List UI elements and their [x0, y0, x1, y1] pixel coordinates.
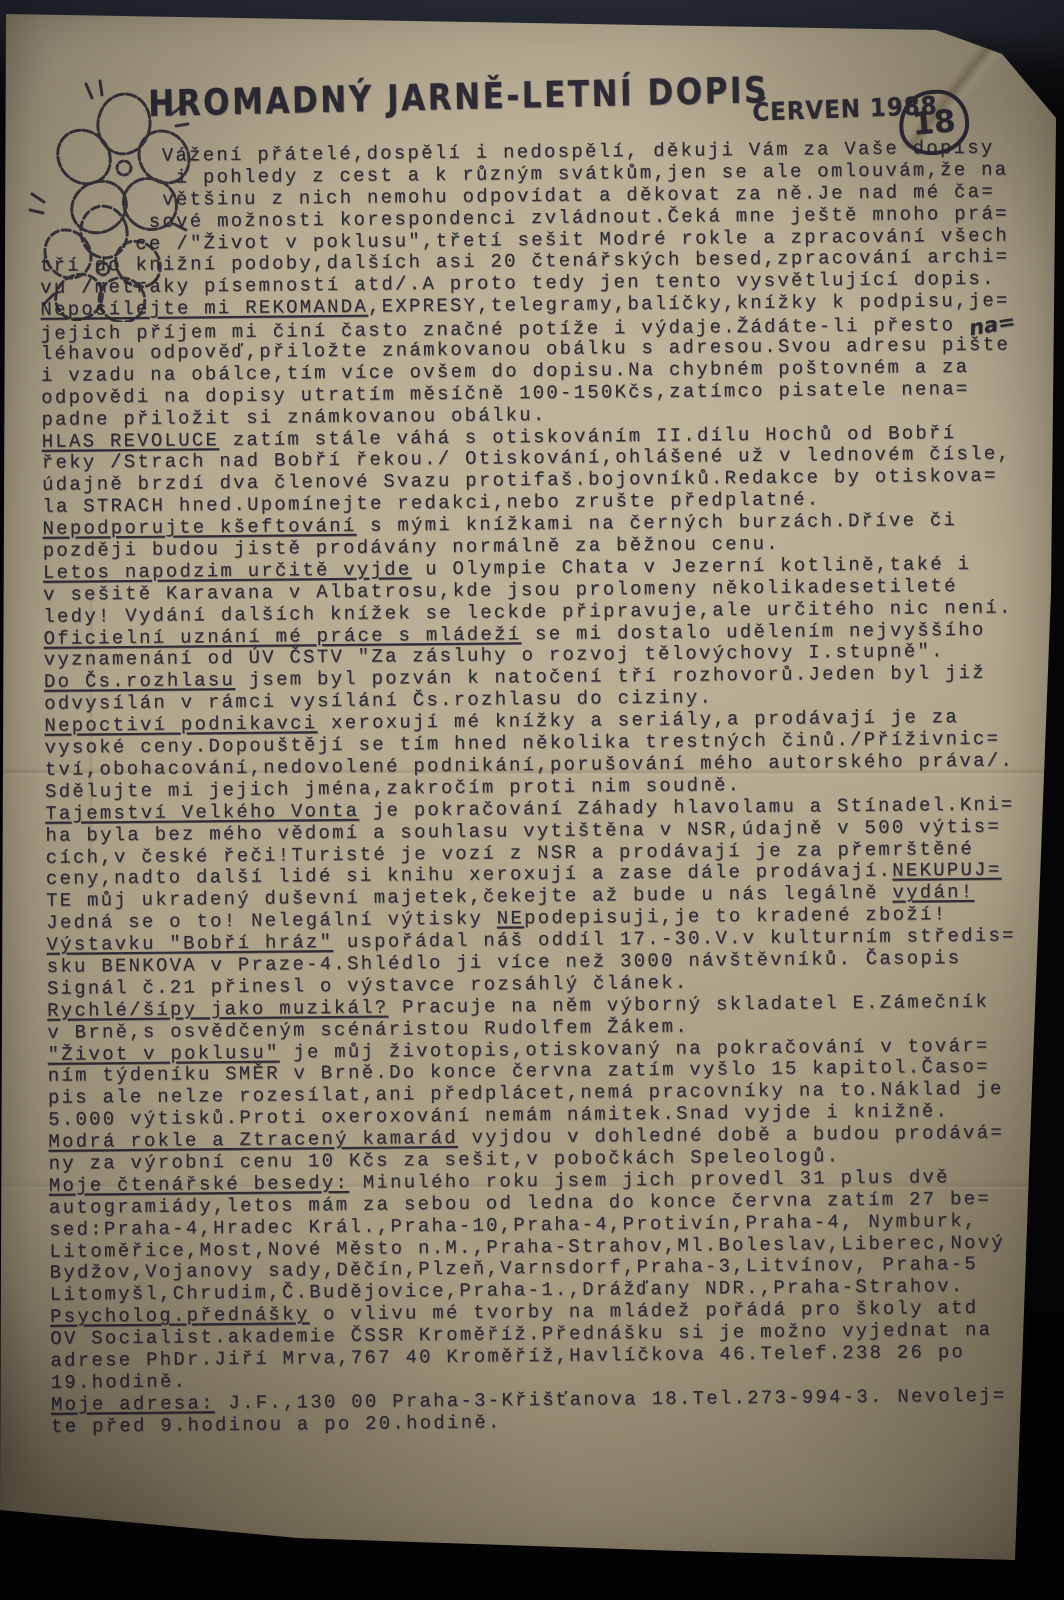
underlined-phrase: Psycholog.přednášky [50, 1303, 310, 1327]
typed-text: Pracuje na něm výborný skladatel E.Zámeč… [388, 990, 989, 1018]
underlined-phrase: Nepodporujte kšeftování [42, 515, 356, 540]
typed-text: vyjdou v dohledné době a budou prodává= [458, 1122, 1004, 1149]
letter-paper: HROMADNÝ JARNĚ-LETNÍ DOPIS ČERVEN 1988 1… [0, 0, 1064, 1600]
underlined-phrase: Tajemství Velkého Vonta [45, 799, 359, 824]
underlined-phrase: NE [497, 907, 525, 929]
underlined-phrase: vydán! [892, 881, 974, 904]
underlined-phrase: HLAS REVOLUCE [42, 429, 220, 453]
underlined-phrase: Neposílejte mi REKOMANDA [40, 296, 368, 321]
letter-title: HROMADNÝ JARNĚ-LETNÍ DOPIS [148, 70, 769, 125]
underlined-phrase: Moje čtenářské besedy: [49, 1172, 350, 1197]
underlined-phrase: "Život v poklusu" [47, 1041, 279, 1065]
underlined-phrase: Moje adresa: [51, 1392, 215, 1416]
underlined-phrase: Výstavku "Bobří hráz" [46, 931, 333, 956]
underlined-phrase: Nepoctiví podnikavci [44, 712, 317, 737]
typed-text: te před 9.hodinou a po 20.hodině. [51, 1411, 502, 1437]
typed-text: s mými knížkami na černých burzách.Dříve… [356, 509, 957, 537]
photo-of-letter: { "document": { "title": "HROMADNÝ JARNĚ… [0, 0, 1064, 1600]
underlined-phrase: Do Čs.rozhlasu [44, 669, 235, 693]
letter-body: Vážení přátelé,dospělí i nedospělí, děku… [39, 137, 1036, 1438]
underlined-phrase: NEKUPUJ= [892, 859, 1001, 882]
typed-text: 19.hodině. [51, 1370, 188, 1393]
